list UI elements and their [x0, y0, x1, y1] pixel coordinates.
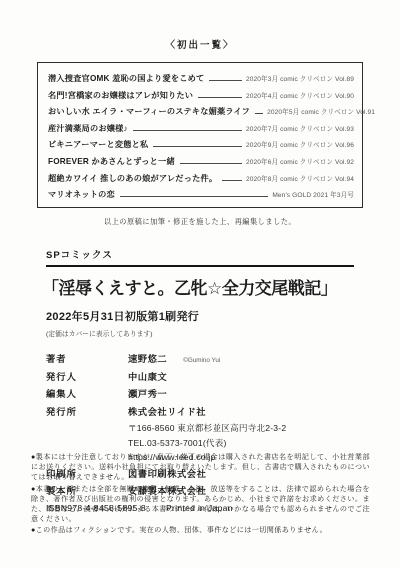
leader-line	[255, 113, 263, 114]
publication-source: 2020年9月 comic クリベロン Vol.96	[246, 139, 354, 149]
work-title: 名門!宮橋家のお嬢様はアレが知りたい	[48, 90, 193, 101]
publisher-phone: TEL.03-5373-7001(代表)	[128, 437, 400, 449]
editor-name: 瀬戸秀一	[128, 386, 167, 400]
author-name: 速野悠二	[128, 351, 167, 365]
series-label: SPコミックス	[46, 247, 400, 261]
legal-paragraph-binding: ●製本には十分注意しておりますが、乱丁・落丁の場合は購入された書店名を明記して、…	[31, 452, 370, 482]
publication-source: 2020年4月 comic クリベロン Vol.90	[246, 90, 354, 100]
price-note: (定価はカバーに表示してあります)	[46, 328, 400, 338]
list-item: 名門!宮橋家のお嬢様はアレが知りたい 2020年4月 comic クリベロン V…	[48, 90, 354, 101]
publisher-person-name: 中山康文	[128, 369, 167, 383]
list-item: 産汁満薬局のお嬢様♪ 2020年7月 comic クリベロン Vol.93	[48, 123, 354, 134]
first-publication-list-heading: 〈初出一覧〉	[0, 0, 400, 51]
legal-paragraph-copyright: ●本書の一部または全部を無断で複製、転載、上演、放送等をすることは、法律で認めら…	[31, 484, 370, 524]
list-item: FOREVER かあさんとずっと一緒 2020年6月 comic クリベロン V…	[48, 156, 354, 167]
credit-label: 発行所	[46, 404, 128, 418]
publication-source: 2020年3月 comic クリベロン Vol.89	[246, 73, 354, 83]
copyright-notice: ©Gumino Yui	[183, 357, 220, 364]
leader-line	[153, 146, 242, 147]
credit-label: 著者	[46, 351, 128, 365]
work-title: マリオネットの恋	[48, 189, 115, 200]
credit-label: 編集人	[46, 386, 128, 400]
credit-row-author: 著者 速野悠二 ©Gumino Yui	[46, 351, 400, 365]
list-item: マリオネットの恋 Men's GOLD 2021 年3月号	[48, 189, 354, 200]
divider-rule	[46, 265, 354, 267]
credit-label: 発行人	[46, 369, 128, 383]
first-publication-list-box: 潜入捜査官OMK 羞恥の国より愛をこめて 2020年3月 comic クリベロン…	[37, 62, 363, 208]
work-title: FOREVER かあさんとずっと一緒	[48, 156, 175, 167]
list-item: 超絶カワイイ 推しのあの娘がアレだった件。 2020年8月 comic クリベロ…	[48, 173, 354, 184]
legal-paragraph-fiction: ●この作品はフィクションです。実在の人物、団体、事件などには一切関係ありません。	[31, 525, 370, 535]
leader-line	[209, 80, 242, 81]
leader-line	[198, 97, 242, 98]
credit-row-editor: 編集人 瀬戸秀一	[46, 386, 400, 400]
work-title: 産汁満薬局のお嬢様♪	[48, 123, 128, 134]
list-item: ビキニアーマーと変態と私 2020年9月 comic クリベロン Vol.96	[48, 139, 354, 150]
leader-line	[120, 196, 268, 197]
leader-line	[180, 163, 242, 164]
reedit-note: 以上の原稿に加筆・修正を施した上、再編集しました。	[0, 217, 400, 227]
book-title: 「淫辱くえすと。乙牝☆全力交尾戦記」	[42, 274, 400, 299]
colophon-page: 〈初出一覧〉 潜入捜査官OMK 羞恥の国より愛をこめて 2020年3月 comi…	[0, 0, 400, 568]
publication-source: 2020年6月 comic クリベロン Vol.92	[246, 156, 354, 166]
publication-source: 2020年5月 comic クリベロン Vol.91	[267, 106, 375, 116]
leader-line	[133, 130, 242, 131]
leader-line	[222, 180, 242, 181]
work-title: 潜入捜査官OMK 羞恥の国より愛をこめて	[48, 73, 204, 84]
list-item: 潜入捜査官OMK 羞恥の国より愛をこめて 2020年3月 comic クリベロン…	[48, 73, 354, 84]
print-date: 2022年5月31日初版第1刷発行	[46, 308, 400, 324]
legal-notice-block: ●製本には十分注意しておりますが、乱丁・落丁の場合は購入された書店名を明記して、…	[31, 452, 370, 537]
publication-source: 2020年8月 comic クリベロン Vol.94	[246, 173, 354, 183]
publication-source: Men's GOLD 2021 年3月号	[272, 189, 354, 199]
list-item: おいしい水 エイラ・マーフィーのステキな媚薬ライフ 2020年5月 comic …	[48, 106, 354, 117]
credit-row-publisher-person: 発行人 中山康文	[46, 369, 400, 383]
work-title: 超絶カワイイ 推しのあの娘がアレだった件。	[48, 173, 217, 184]
credit-row-publishing-house: 発行所 株式会社リイド社	[46, 404, 400, 418]
work-title: ビキニアーマーと変態と私	[48, 139, 148, 150]
work-title: おいしい水 エイラ・マーフィーのステキな媚薬ライフ	[48, 106, 250, 117]
publishing-house-name: 株式会社リイド社	[128, 404, 206, 418]
publication-source: 2020年7月 comic クリベロン Vol.93	[246, 123, 354, 133]
publisher-address: 〒166-8560 東京都杉並区高円寺北2-3-2	[128, 422, 400, 434]
